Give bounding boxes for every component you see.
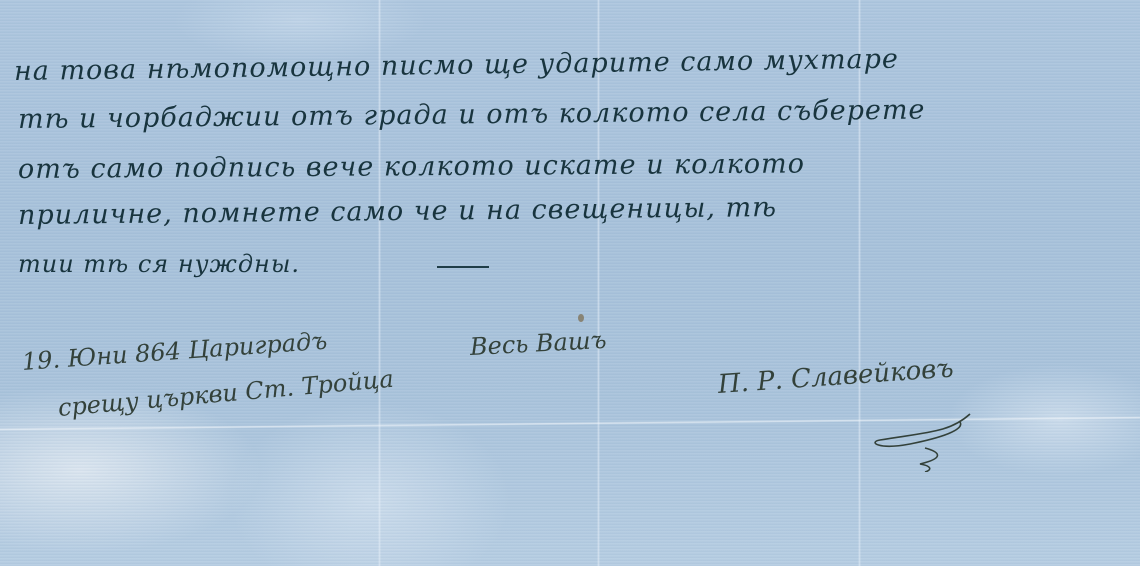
paper-fold-vertical: [597, 0, 600, 566]
ink-spot: [578, 314, 584, 322]
letter-paper: [0, 0, 1140, 566]
paper-fold-vertical: [378, 0, 381, 566]
paper-fold-vertical: [858, 0, 861, 566]
signature-flourish-icon: [870, 412, 980, 472]
letter-line-3: отъ само подпись вече колкото искате и к…: [18, 149, 805, 185]
letter-line-5: тии тѣ ся нуждны.: [18, 250, 300, 278]
closing-dash: [437, 266, 489, 268]
